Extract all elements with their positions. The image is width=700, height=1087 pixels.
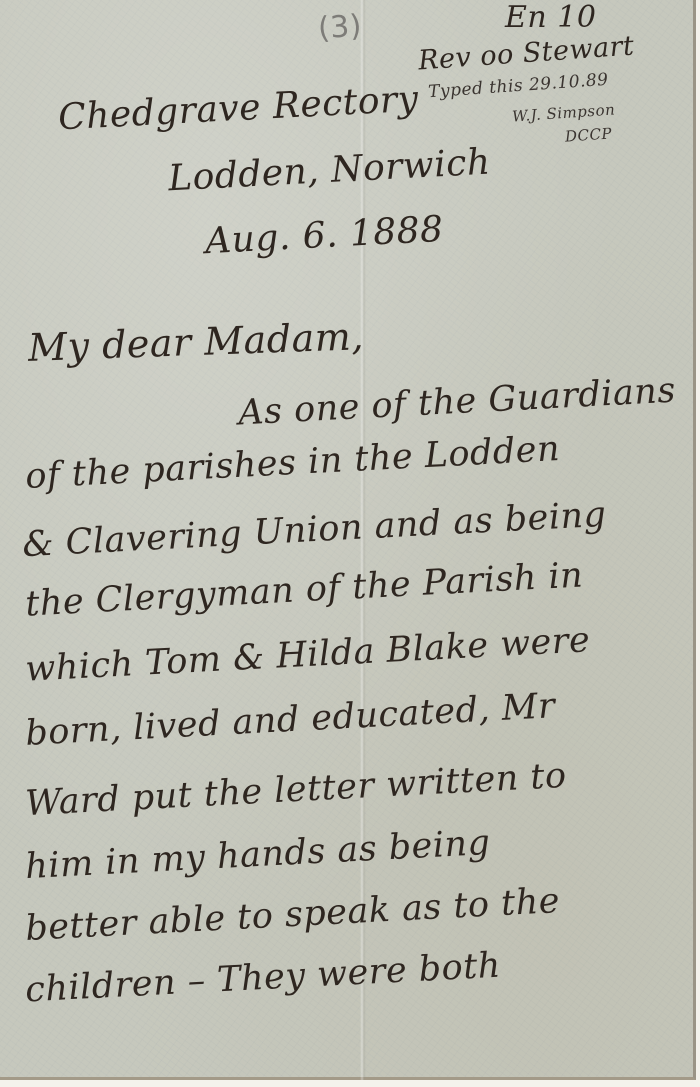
body-line-8: him in my hands as being <box>24 823 491 887</box>
body-line-9: better able to speak as to the <box>24 881 561 949</box>
archivist-suffix: DCCP <box>564 124 612 145</box>
letter-date: Aug. 6. 1888 <box>204 209 444 262</box>
body-line-7: Ward put the letter written to <box>24 756 567 824</box>
salutation: My dear Madam, <box>27 314 364 370</box>
typed-note: Typed this 29.10.89 <box>428 70 610 103</box>
body-line-2: of the parishes in the Lodden <box>24 429 561 497</box>
letter-page: (3) En 10 Rev oo Stewart Typed this 29.1… <box>0 0 696 1080</box>
body-line-3: & Clavering Union and as being <box>21 495 607 566</box>
body-line-4: the Clergyman of the Parish in <box>24 555 584 624</box>
archive-reference: En 10 <box>505 0 596 35</box>
body-line-1: As one of the Guardians <box>237 371 676 434</box>
pencil-page-number: (3) <box>317 9 363 47</box>
body-line-10: children – They were both <box>24 946 501 1011</box>
body-line-5: which Tom & Hilda Blake were <box>24 620 591 690</box>
address-line-2: Lodden, Norwich <box>167 142 491 200</box>
body-line-6: born, lived and educated, Mr <box>24 686 556 754</box>
archivist-initials: W.J. Simpson <box>511 100 615 125</box>
